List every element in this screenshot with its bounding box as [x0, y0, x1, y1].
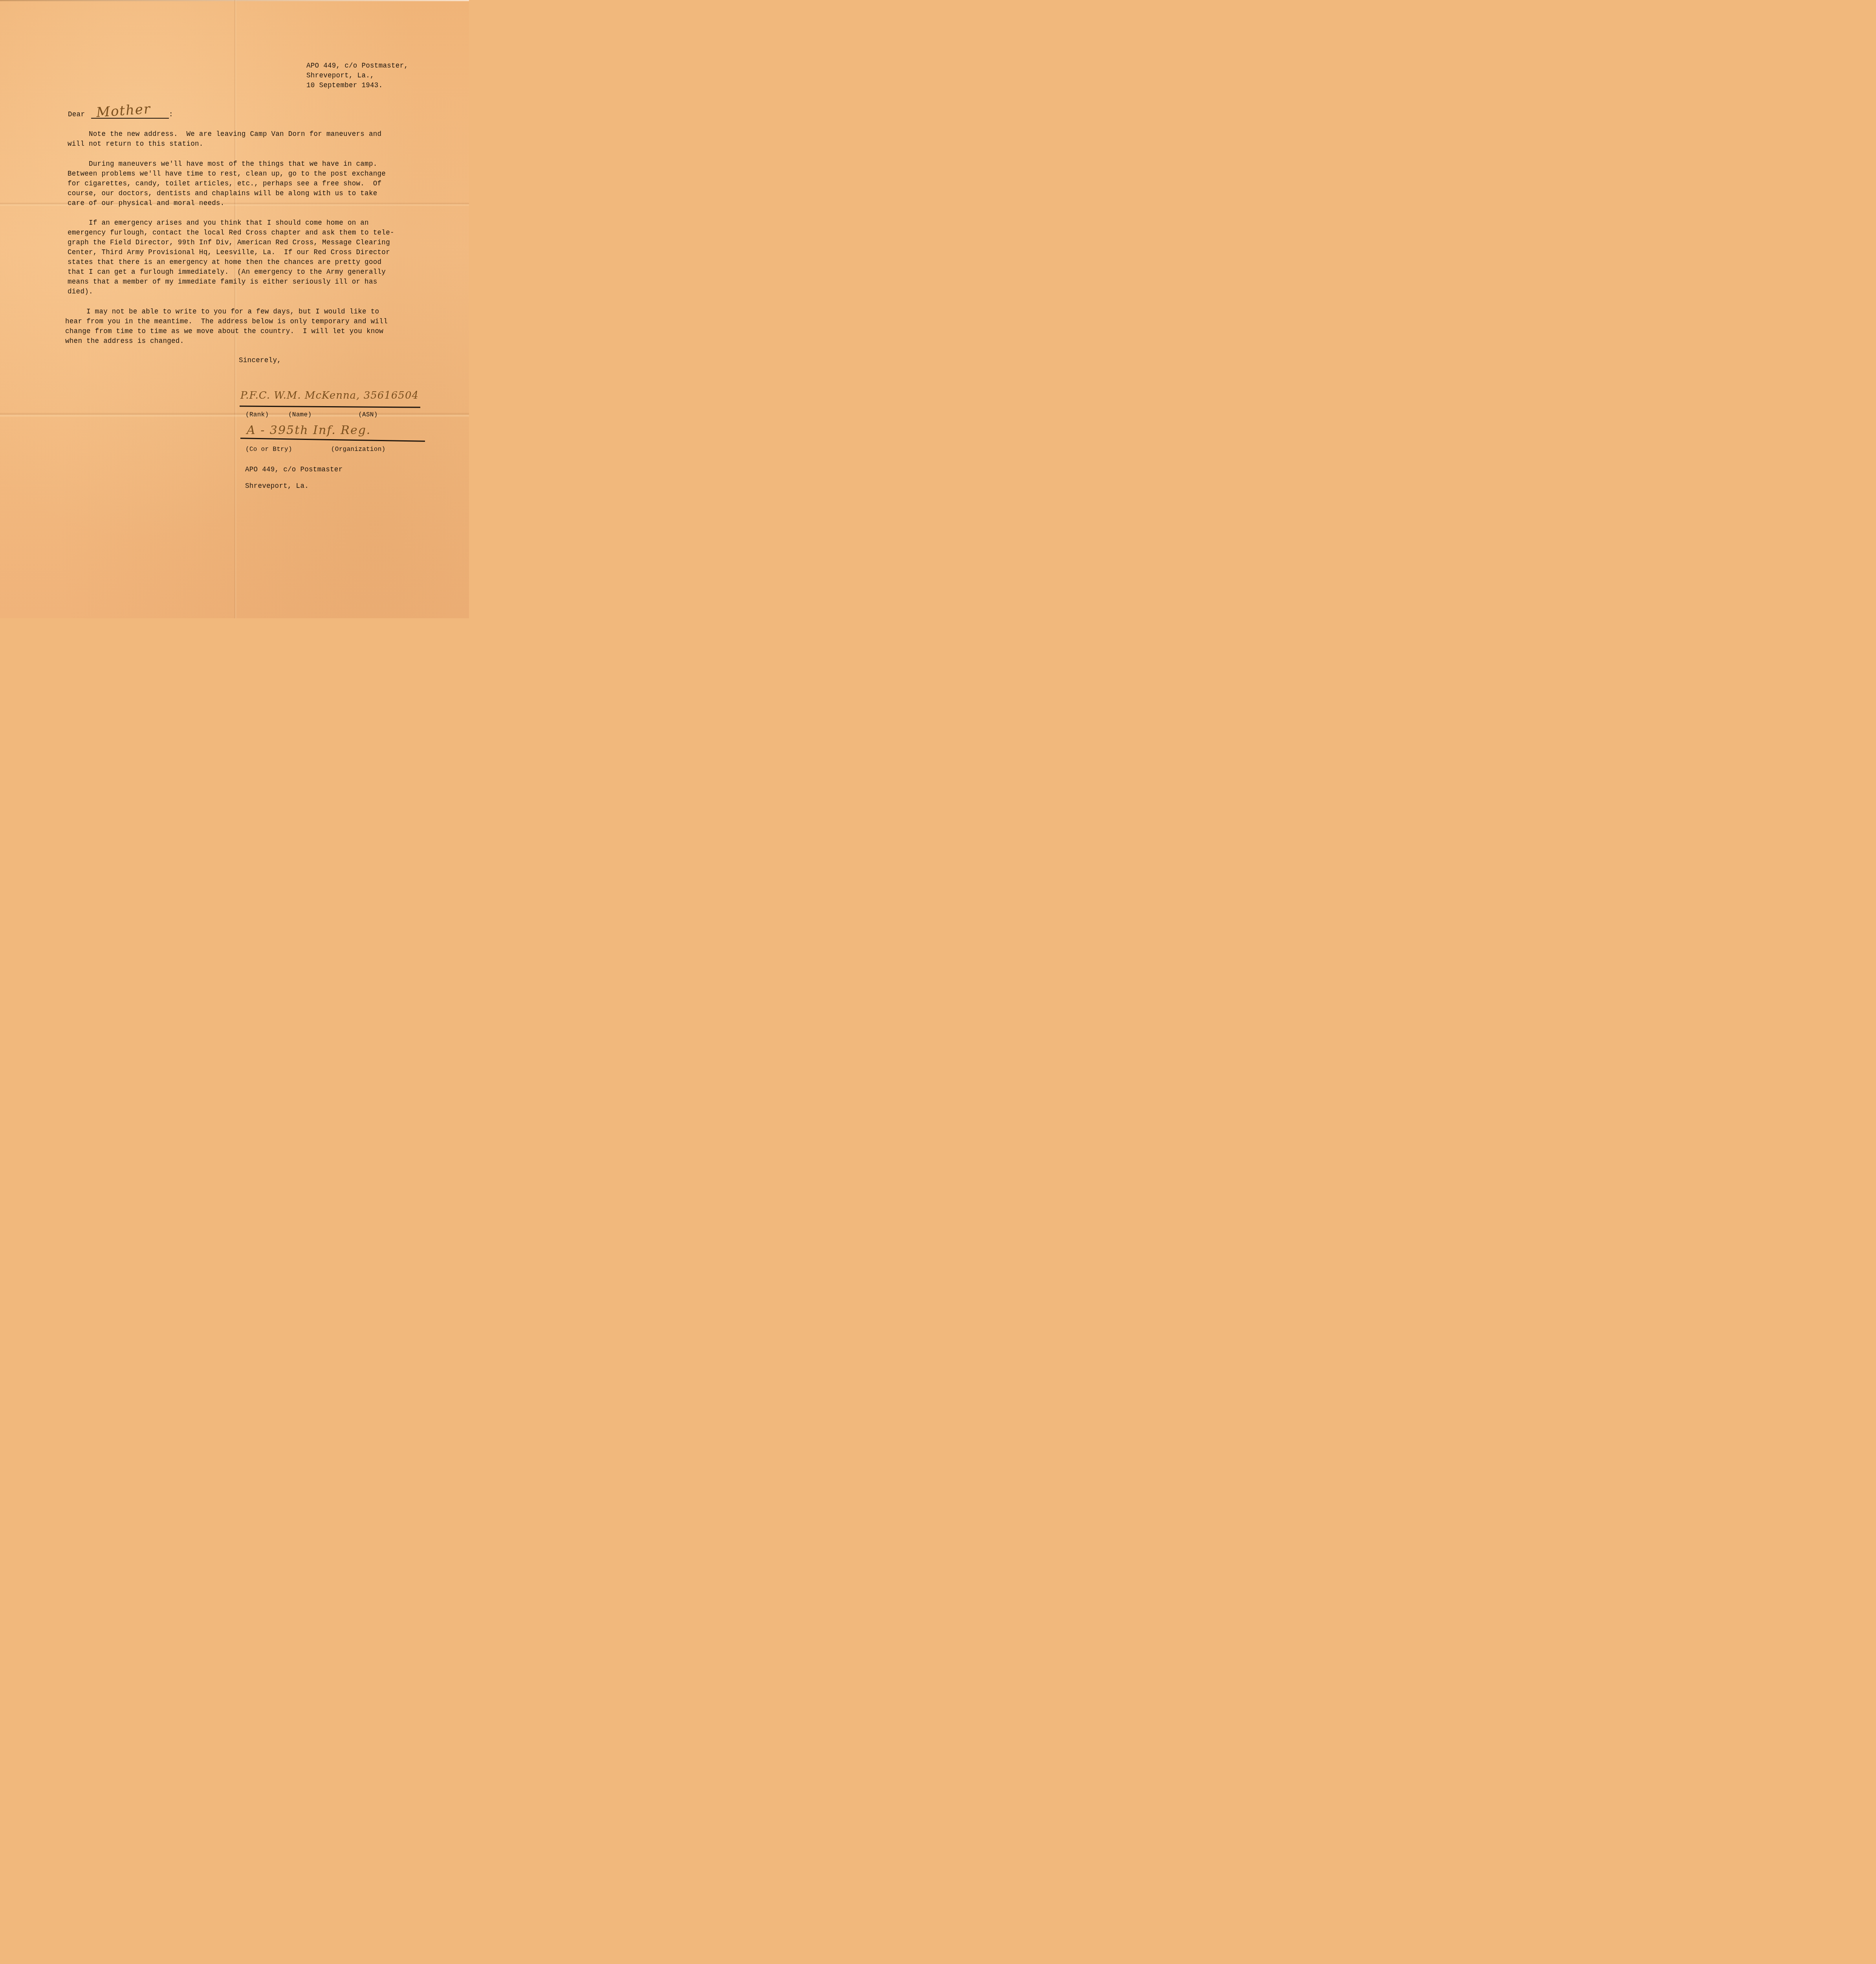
- text-line: Note the new address. We are leaving Cam…: [68, 130, 381, 138]
- text-line: course, our doctors, dentists and chapla…: [68, 190, 377, 198]
- text-line: During maneuvers we'll have most of the …: [68, 160, 377, 168]
- text-line: hear from you in the meantime. The addre…: [65, 318, 388, 326]
- text-line: emergency furlough, contact the local Re…: [68, 229, 394, 237]
- text-line: I may not be able to write to you for a …: [65, 308, 379, 316]
- heading-date: 10 September 1943.: [306, 82, 383, 90]
- text-line: died).: [68, 288, 93, 296]
- heading-address-line-2: Shreveport, La.,: [306, 72, 374, 80]
- text-line: for cigarettes, candy, toilet articles, …: [68, 180, 381, 188]
- salutation-colon: :: [169, 110, 173, 120]
- salutation-prefix: Dear: [68, 110, 85, 120]
- body-paragraph-1: Note the new address. We are leaving Cam…: [68, 130, 381, 149]
- body-paragraph-3: If an emergency arises and you think tha…: [68, 218, 394, 297]
- text-line: means that a member of my immediate fami…: [68, 278, 377, 286]
- signature-field-labels: (Rank) (Name) (ASN): [245, 410, 378, 420]
- text-line: when the address is changed.: [65, 337, 184, 345]
- body-paragraph-2: During maneuvers we'll have most of the …: [68, 159, 386, 209]
- handwritten-unit: A - 395th Inf. Reg.: [247, 423, 371, 437]
- text-line: will not return to this station.: [68, 140, 203, 148]
- text-line: care of our physical and moral needs.: [68, 200, 225, 207]
- letter-heading: APO 449, c/o Postmaster, Shreveport, La.…: [306, 61, 408, 91]
- text-line: change from time to time as we move abou…: [65, 328, 383, 335]
- body-paragraph-4: I may not be able to write to you for a …: [65, 307, 388, 346]
- text-line: that I can get a furlough immediately. (…: [68, 268, 386, 276]
- return-address-line-2: Shreveport, La.: [245, 482, 309, 491]
- text-line: Between problems we'll have time to rest…: [68, 170, 386, 178]
- text-line: states that there is an emergency at hom…: [68, 258, 381, 266]
- handwritten-signature: P.F.C. W.M. McKenna, 35616504: [240, 390, 419, 401]
- text-line: Center, Third Army Provisional Hq, Leesv…: [68, 249, 390, 256]
- closing: Sincerely,: [239, 356, 281, 366]
- return-address-line-1: APO 449, c/o Postmaster: [245, 465, 343, 475]
- text-line: graph the Field Director, 99th Inf Div, …: [68, 239, 390, 247]
- horizontal-fold-crease-lower: [0, 412, 469, 417]
- heading-address-line-1: APO 449, c/o Postmaster,: [306, 62, 408, 70]
- text-line: If an emergency arises and you think tha…: [68, 219, 369, 227]
- unit-field-labels: (Co or Btry) (Organization): [245, 445, 385, 454]
